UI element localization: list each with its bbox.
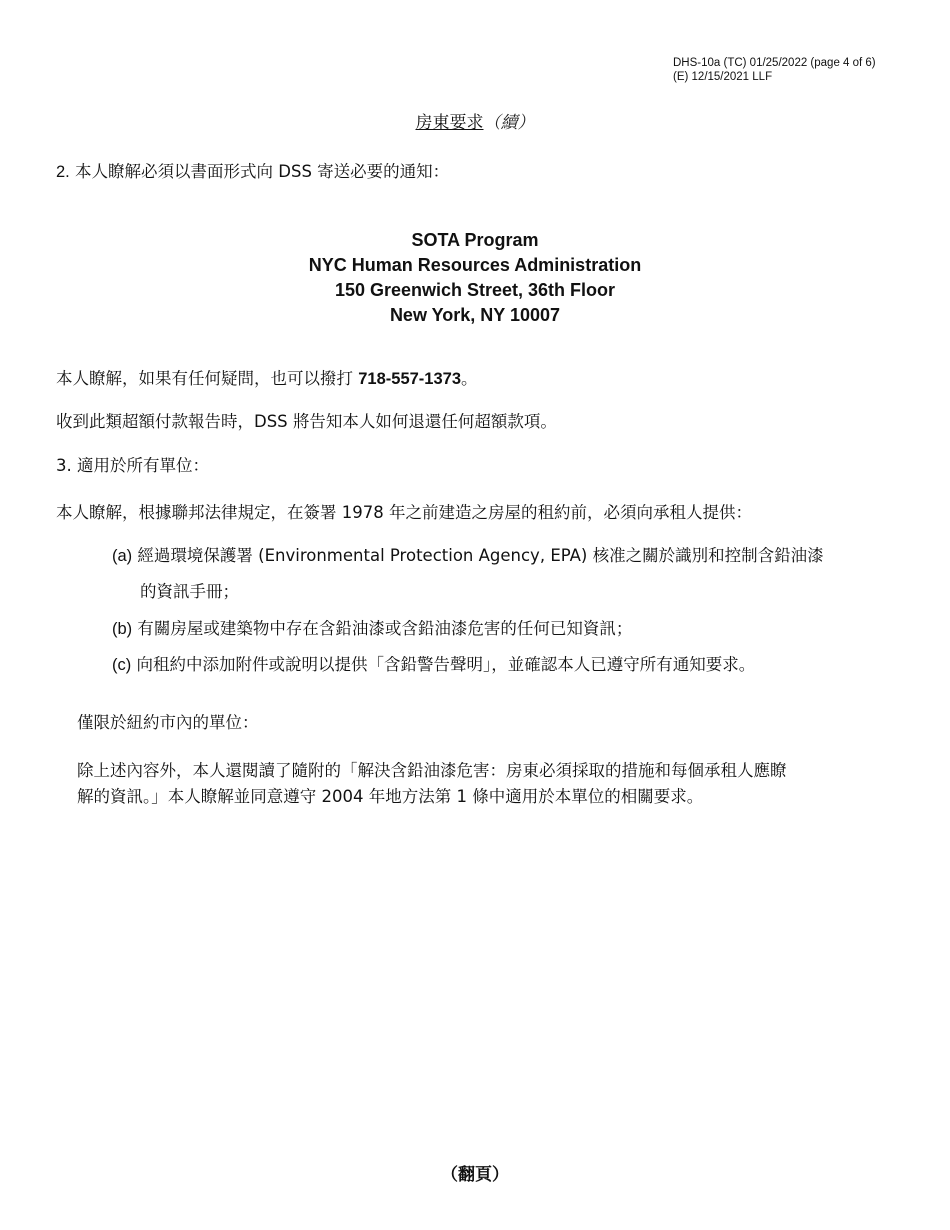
list-text: 有關房屋或建築物中存在含鉛油漆或含鉛油漆危害的任何已知資訊； — [137, 619, 632, 638]
nyc-paragraph-line-2: 解的資訊。」本人瞭解並同意遵守 2004 年地方法第 1 條中適用於本單位的相關… — [77, 786, 703, 808]
list-label: (b) — [112, 620, 132, 638]
address-line-3: 150 Greenwich Street, 36th Floor — [0, 278, 950, 303]
section-title: 房東要求（續） — [0, 108, 950, 133]
phone-prefix: 本人瞭解，如果有任何疑問，也可以撥打 — [56, 369, 358, 388]
phone-suffix: 。 — [461, 369, 478, 388]
list-text: 向租約中添加附件或說明以提供「含鉛警告聲明」，並確認本人已遵守所有通知要求。 — [137, 655, 756, 674]
list-label: (c) — [112, 656, 131, 674]
list-item-c: (c) 向租約中添加附件或說明以提供「含鉛警告聲明」，並確認本人已遵守所有通知要… — [112, 654, 755, 676]
list-item-a: (a) 經過環境保護署 (Environmental Protection Ag… — [112, 545, 824, 567]
federal-law-paragraph: 本人瞭解，根據聯邦法律規定，在簽署 1978 年之前建造之房屋的租約前，必須向承… — [56, 502, 752, 524]
address-line-1: SOTA Program — [0, 228, 950, 253]
item-2-number: 2. — [56, 163, 70, 181]
form-id-header: DHS-10a (TC) 01/25/2022 (page 4 of 6) (E… — [673, 56, 876, 84]
item-2: 2. 本人瞭解必須以書面形式向 DSS 寄送必要的通知： — [56, 161, 449, 183]
overpayment-paragraph: 收到此類超額付款報告時，DSS 將告知本人如何退還任何超額款項。 — [56, 411, 557, 433]
mailing-address: SOTA Program NYC Human Resources Adminis… — [0, 228, 950, 328]
nyc-paragraph-line-1: 除上述內容外，本人還閱讀了隨附的「解決含鉛油漆危害：房東必須採取的措施和每個承租… — [77, 760, 787, 782]
nyc-units-heading: 僅限於紐約市內的單位： — [77, 712, 259, 734]
list-item-a-continued: 的資訊手冊； — [140, 581, 239, 603]
item-2-text: 本人瞭解必須以書面形式向 DSS 寄送必要的通知： — [75, 162, 449, 181]
list-item-b: (b) 有關房屋或建築物中存在含鉛油漆或含鉛油漆危害的任何已知資訊； — [112, 618, 632, 640]
address-line-2: NYC Human Resources Administration — [0, 253, 950, 278]
address-line-4: New York, NY 10007 — [0, 303, 950, 328]
section-title-main: 房東要求 — [416, 113, 484, 133]
list-label: (a) — [112, 547, 132, 565]
section-title-continued: （續） — [484, 113, 535, 133]
phone-paragraph: 本人瞭解，如果有任何疑問，也可以撥打 718-557-1373。 — [56, 368, 478, 390]
form-id-line: DHS-10a (TC) 01/25/2022 (page 4 of 6) — [673, 56, 876, 70]
form-revision-line: (E) 12/15/2021 LLF — [673, 70, 876, 84]
turn-page-note: （翻頁） — [0, 1160, 950, 1185]
phone-number: 718-557-1373 — [358, 370, 461, 388]
item-3: 3. 適用於所有單位： — [56, 455, 209, 477]
list-text: 經過環境保護署 (Environmental Protection Agency… — [137, 546, 823, 565]
